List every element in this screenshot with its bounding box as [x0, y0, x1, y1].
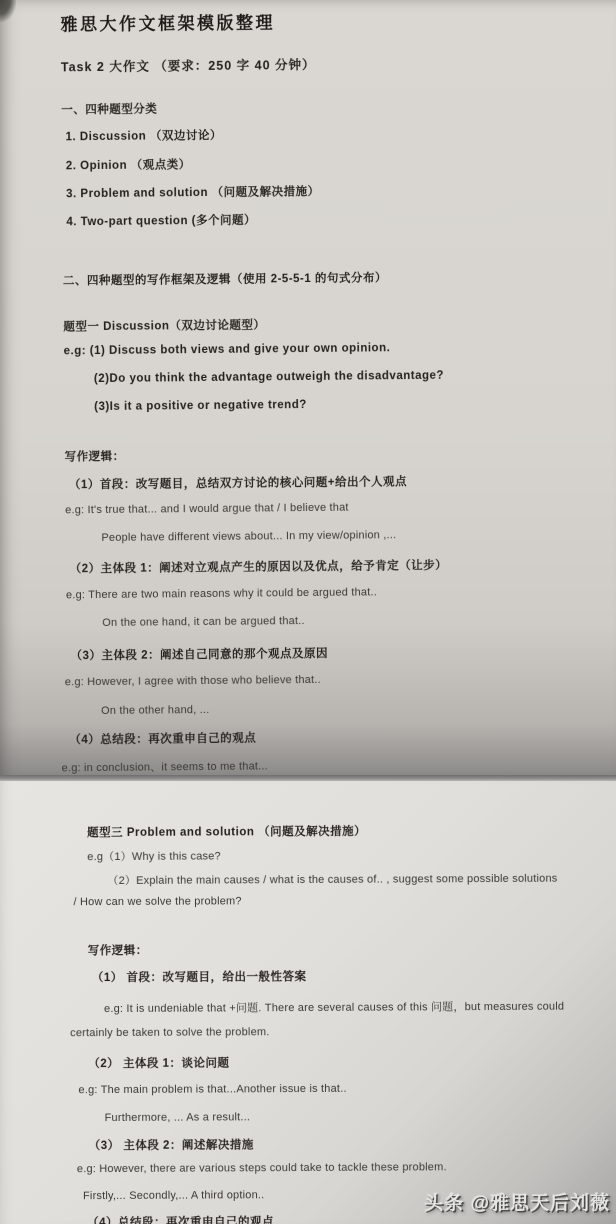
logic-line: （2）主体段 1：阐述对立观点产生的原因以及优点，给予肯定（让步）	[70, 557, 448, 577]
example-line: (2)Do you think the advantage outweigh t…	[94, 370, 444, 385]
example-line: e.g: The main problem is that...Another …	[78, 1083, 346, 1096]
page-photo-1: 雅思大作文框架模版整理 Task 2 大作文 （要求：250 字 40 分钟） …	[0, 0, 616, 778]
section2-heading: 二、四种题型的写作框架及逻辑（使用 2-5-5-1 的句式分布）	[63, 269, 387, 288]
type-item: 2. Opinion （观点类）	[66, 156, 191, 173]
example-line: e.g: However, I agree with those who bel…	[65, 674, 321, 688]
example-line: e.g: in conclusion、it seems to me that..…	[62, 757, 268, 775]
example-line: （2）Explain the main causes / what is the…	[107, 870, 557, 888]
example-line: e.g: (1) Discuss both views and give you…	[64, 342, 391, 357]
logic-line: （3） 主体段 2：阐述解决措施	[89, 1136, 254, 1153]
page2-content: 题型三 Problem and solution （问题及解决措施） e.g（1…	[0, 781, 616, 1224]
example-line: e.g: It is undeniable that +问题. There ar…	[104, 998, 564, 1016]
example-line: Furthermore, ... As a result...	[105, 1111, 251, 1124]
section1-heading: 一、四种题型分类	[61, 100, 157, 117]
example-line: On the one hand, it can be argued that..	[102, 615, 305, 629]
photo-edge-corner	[0, 0, 16, 22]
logic-heading: 写作逻辑：	[88, 942, 148, 958]
example-line: (3)Is it a positive or negative trend?	[94, 399, 307, 413]
toutiao-watermark: 头条 @雅思天后刘薇	[424, 1188, 610, 1215]
page-photo-2: 题型三 Problem and solution （问题及解决措施） e.g（1…	[0, 781, 616, 1224]
example-line: Firstly,... Secondly,... A third option.…	[83, 1189, 264, 1202]
logic-line: （1）首段：改写题目，总结双方讨论的核心问题+给出个人观点	[69, 473, 407, 492]
logic-line: （1） 首段：改写题目，给出一般性答案	[92, 968, 307, 985]
logic-line: （2） 主体段 1：谈论问题	[88, 1054, 229, 1071]
example-line: On the other hand, ...	[101, 704, 209, 717]
example-line: e.g（1）Why is this case?	[87, 847, 221, 864]
example-line: e.g: There are two main reasons why it c…	[66, 586, 377, 601]
logic-line: （4）总结段：再次重申自己的观点	[87, 1213, 274, 1224]
logic-heading: 写作逻辑：	[65, 448, 125, 465]
type1-heading: 题型一 Discussion（双边讨论题型）	[63, 316, 265, 334]
example-line: People have different views about... In …	[101, 529, 396, 544]
type-item: 1. Discussion （双边讨论）	[65, 127, 221, 145]
type-item: 4. Two-part question (多个问题）	[66, 211, 256, 229]
example-line: e.g: However, there are various steps co…	[77, 1161, 447, 1175]
logic-line: （4）总结段：再次重申自己的观点	[69, 730, 256, 748]
example-line: / How can we solve the problem?	[73, 895, 241, 908]
type-item: 3. Problem and solution （问题及解决措施）	[66, 183, 320, 201]
task-line: Task 2 大作文 （要求：250 字 40 分钟）	[61, 55, 316, 75]
example-line: e.g: It's true that... and I would argue…	[65, 502, 349, 517]
type3-heading: 题型三 Problem and solution （问题及解决措施）	[87, 823, 366, 840]
example-line: certainly be taken to solve the problem.	[70, 1026, 269, 1039]
document-photo: { "doc1": { "title": "雅思大作文框架模版整理", "tas…	[0, 0, 616, 1224]
logic-line: （3）主体段 2：阐述自己同意的那个观点及原因	[70, 645, 328, 663]
doc-title: 雅思大作文框架模版整理	[60, 8, 275, 35]
page1-content: 雅思大作文框架模版整理 Task 2 大作文 （要求：250 字 40 分钟） …	[0, 0, 616, 778]
